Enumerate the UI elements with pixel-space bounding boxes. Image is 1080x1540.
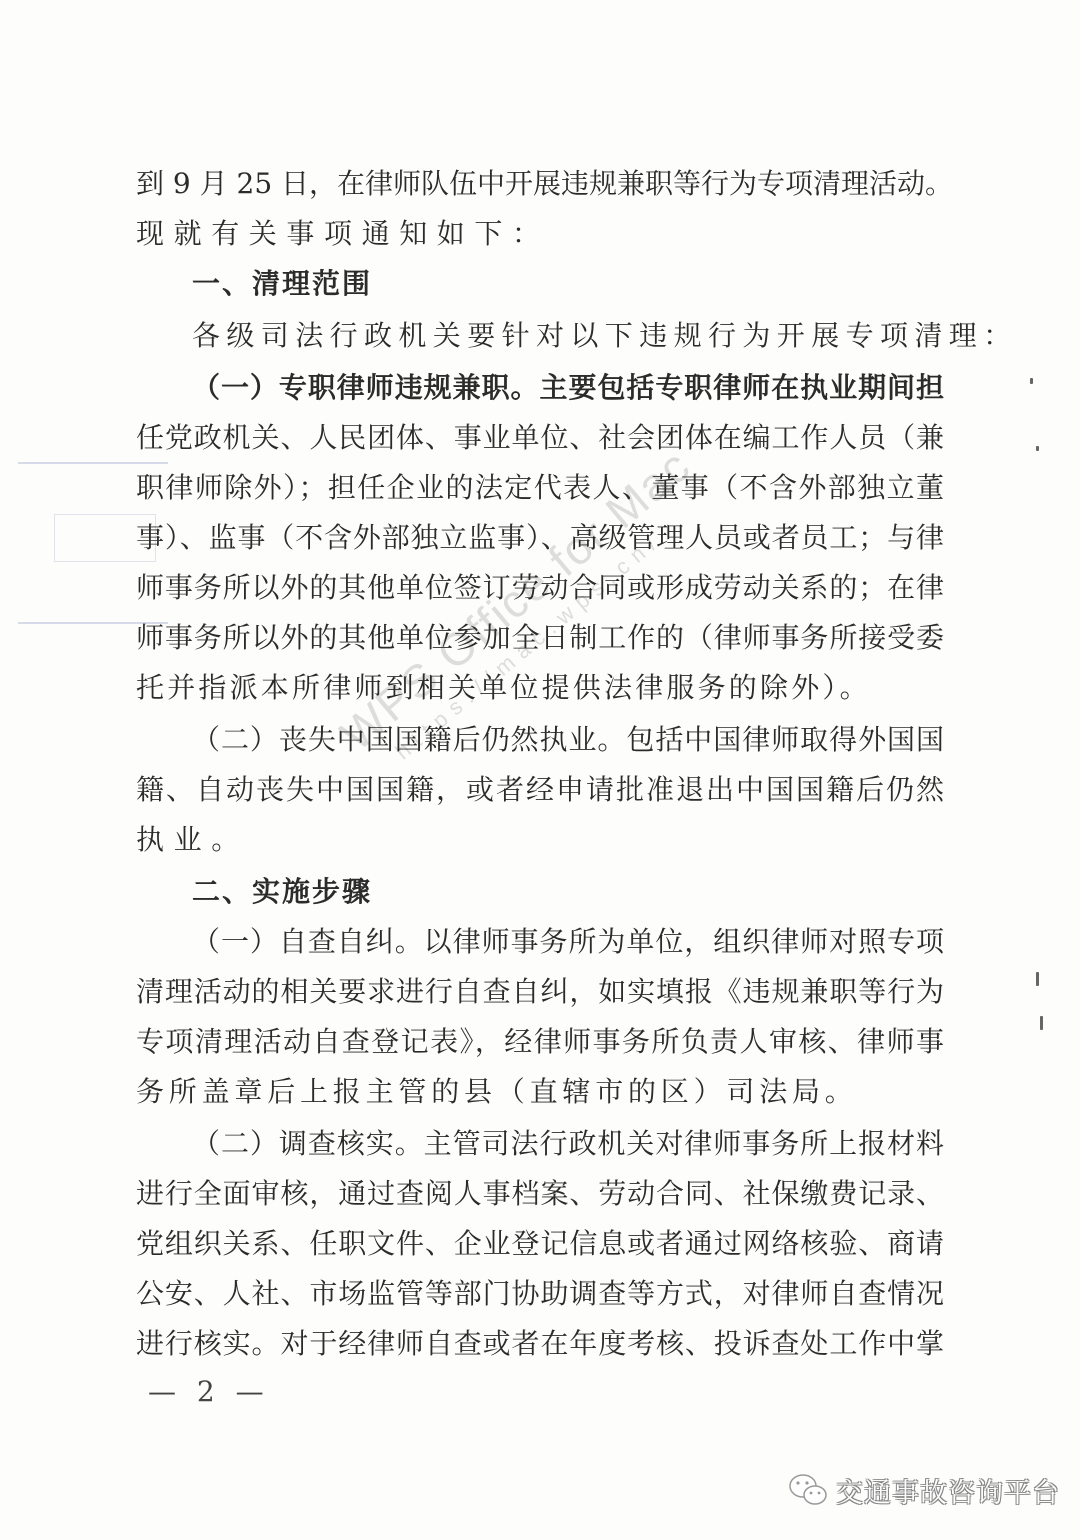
body-line: 职律师除外）；担任企业的法定代表人、董事（不含外部独立董 <box>136 464 944 512</box>
body-line: 务所盖章后上报主管的县（直辖市的区）司法局。 <box>136 1068 858 1116</box>
body-line: 现就有关事项通知如下： <box>136 210 550 258</box>
account-name: 交通事故咨询平台 <box>836 1471 1060 1510</box>
document-page: WPS Office for Mac https://mac.wps.cn/ 到… <box>0 0 1080 1540</box>
body-line: 师事务所以外的其他单位参加全日制工作的（律师事务所接受委 <box>136 614 944 662</box>
body-line: 师事务所以外的其他单位签订劳动合同或形成劳动关系的；在律 <box>136 564 944 612</box>
body-line: 专项清理活动自查登记表》，经律师事务所负责人审核、律师事 <box>136 1018 944 1066</box>
scan-mark <box>1030 378 1033 384</box>
body-line: 托并指派本所律师到相关单位提供法律服务的除外）。 <box>136 664 871 712</box>
body-line: 清理活动的相关要求进行自查自纠，如实填报《违规兼职等行为 <box>136 968 944 1016</box>
body-line: 进行核实。对于经律师自查或者在年度考核、投诉查处工作中掌 <box>136 1320 944 1368</box>
subsection-line: （二）丧失中国国籍后仍然执业。包括中国律师取得外国国 <box>192 716 944 764</box>
body-line: 事）、监事（不含外部独立监事）、高级管理人员或者员工；与律 <box>136 514 944 562</box>
section-heading-2: 二、实施步骤 <box>192 868 372 916</box>
section-heading-1: 一、清理范围 <box>192 260 372 308</box>
subsection-line: （一）专职律师违规兼职。主要包括专职律师在执业期间担 <box>192 364 944 412</box>
body-line: 籍、自动丧失中国国籍，或者经申请批准退出中国国籍后仍然 <box>136 766 944 814</box>
body-line: 进行全面审核，通过查阅人事档案、劳动合同、社保缴费记录、 <box>136 1170 944 1218</box>
wechat-account-footer: 交通事故咨询平台 <box>788 1470 1060 1510</box>
subsection-line: （一）自查自纠。以律师事务所为单位，组织律师对照专项 <box>192 918 944 966</box>
page-number: — 2 — <box>148 1372 270 1412</box>
subsection-line: （二）调查核实。主管司法行政机关对律师事务所上报材料 <box>192 1120 944 1168</box>
body-line: 党组织关系、任职文件、企业登记信息或者通过网络核验、商请 <box>136 1220 944 1268</box>
body-line: 任党政机关、人民团体、事业单位、社会团体在编工作人员（兼 <box>136 414 944 462</box>
body-line: 到 9 月 25 日，在律师队伍中开展违规兼职等行为专项清理活动。 <box>136 160 944 208</box>
scan-mark <box>1036 972 1039 986</box>
scan-mark <box>1040 1016 1043 1030</box>
wechat-icon <box>788 1473 828 1507</box>
body-line: 执业。 <box>136 816 249 864</box>
scan-mark <box>1036 446 1039 451</box>
body-line: 公安、人社、市场监管等部门协助调查等方式，对律师自查情况 <box>136 1270 944 1318</box>
body-line: 各级司法行政机关要针对以下违规行为开展专项清理： <box>192 312 1018 360</box>
